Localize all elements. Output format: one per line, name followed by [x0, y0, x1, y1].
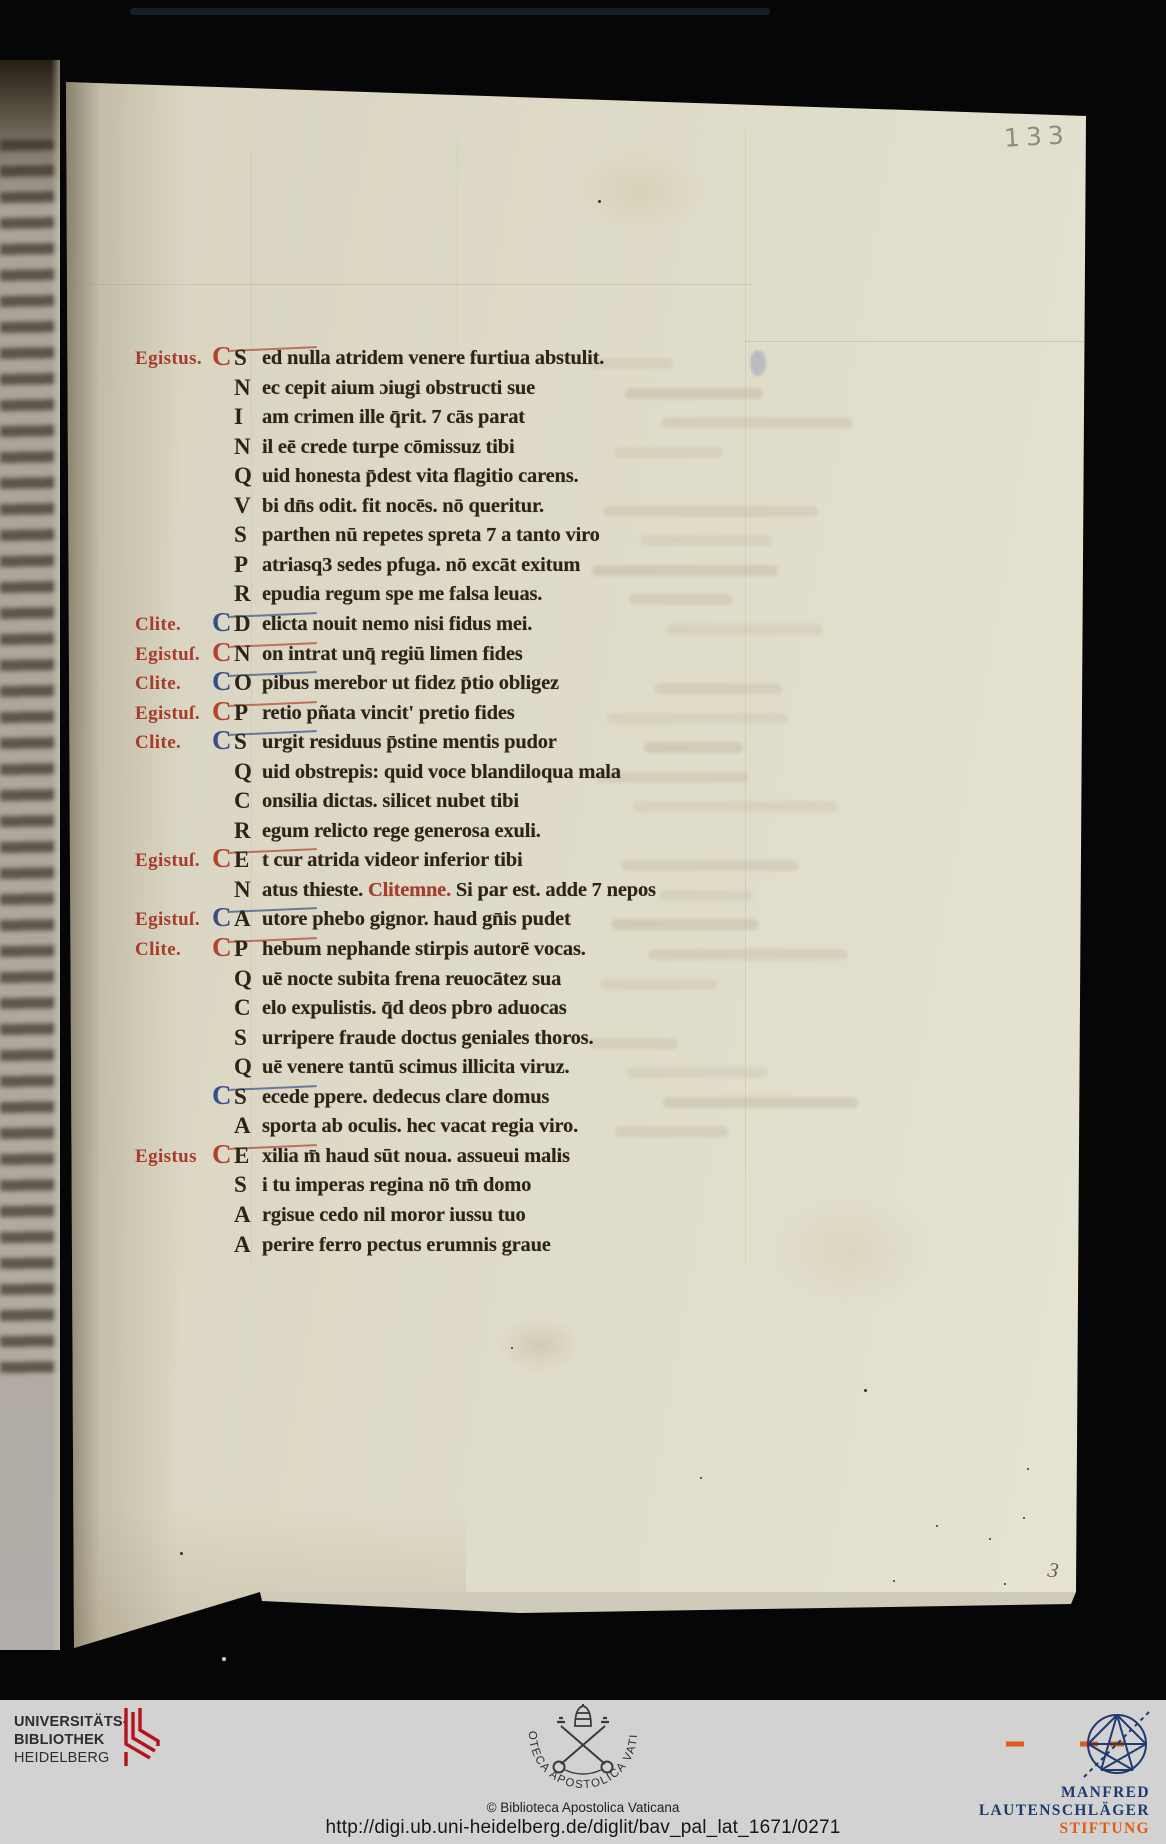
verse-text: t cur atrida videor inferior tibi: [262, 849, 522, 872]
verse-line: N ec cepit aium ɔiugi obstructi sue: [135, 374, 875, 404]
verse-text: i tu imperas regina nō tm̄ domo: [262, 1174, 531, 1197]
verse-initial: N: [234, 375, 251, 401]
speaker-label: Egistus: [135, 1146, 197, 1168]
verse-line: N il eē crede turpe cōmissuz tibi: [135, 433, 875, 463]
verse-initial: R: [234, 581, 251, 607]
verse-text: egum relicto rege generosa exuli.: [262, 820, 541, 843]
verse-line: Clite. C S urgit residuus p̄stine mentis…: [135, 728, 875, 758]
verse-line: S i tu imperas regina nō tm̄ domo: [135, 1171, 875, 1201]
verse-line: Clite. C O pibus merebor ut fidez p̄tio …: [135, 669, 875, 699]
speaker-label: Egistuſ.: [135, 703, 200, 725]
verse-line: A sporta ab oculis. hec vacat regia viro…: [135, 1112, 875, 1142]
verse-line: Egistuſ. C A utore phebo gignor. haud gn…: [135, 905, 875, 935]
ml-line2: LAUTENSCHLÄGER: [979, 1802, 1150, 1820]
verse-line: Clite. C P hebum nephande stirpis autorē…: [135, 935, 875, 965]
ink-speck: [511, 1347, 513, 1349]
verse-text: uid honesta p̄dest vita flagitio carens.: [262, 465, 578, 488]
verse-text: atus thieste. Clitemne. Si par est. adde…: [262, 879, 656, 902]
verse-line: A rgisue cedo nil moror iussu tuo: [135, 1201, 875, 1231]
verse-line: C onsilia dictas. silicet nubet tibi: [135, 787, 875, 817]
verse-text: il eē crede turpe cōmissuz tibi: [262, 436, 514, 459]
ml-line3: STIFTUNG: [979, 1820, 1150, 1838]
paraph-mark: C: [212, 843, 232, 874]
verse-initial: N: [234, 641, 251, 667]
verse-initial: A: [234, 1232, 251, 1258]
paraph-mark: C: [212, 607, 232, 638]
verse-initial: E: [234, 847, 249, 873]
verse-line: V bi dn̄s odit. fit nocēs. nō queritur.: [135, 492, 875, 522]
verse-text: uē venere tantū scimus illicita viruz.: [262, 1056, 569, 1079]
verse-text: uid obstrepis: quid voce blandiloqua mal…: [262, 761, 621, 784]
paraph-mark: C: [212, 725, 232, 756]
verse-text: on intrat unq̄ regiū limen fides: [262, 643, 523, 666]
ml-line1: MANFRED: [979, 1784, 1150, 1802]
verse-line: Clite. C D elicta nouit nemo nisi fidus …: [135, 610, 875, 640]
verse-initial: S: [234, 345, 247, 371]
verse-text: sporta ab oculis. hec vacat regia viro.: [262, 1115, 578, 1138]
verse-line: P atriasq3 sedes pfuga. nō excāt exitum: [135, 551, 875, 581]
verse-initial: S: [234, 522, 247, 548]
verse-line: Q uid honesta p̄dest vita flagitio caren…: [135, 462, 875, 492]
verse-initial: D: [234, 611, 251, 637]
verse-initial: S: [234, 1025, 247, 1051]
verse-initial: V: [234, 493, 251, 519]
verse-text: uē nocte subita frena reuocātez sua: [262, 968, 561, 991]
verse-text: urripere fraude doctus geniales thoros.: [262, 1027, 593, 1050]
verse-text: retio pñata vincit' pretio fides: [262, 702, 515, 725]
verse-initial: Q: [234, 463, 252, 489]
verse-text: urgit residuus p̄stine mentis pudor: [262, 731, 557, 754]
paraph-mark: C: [212, 1080, 232, 1111]
verse-text: pibus merebor ut fidez p̄tio obligez: [262, 672, 559, 695]
verse-initial: C: [234, 995, 251, 1021]
verse-text: parthen nū repetes spreta 7 a tanto viro: [262, 524, 600, 547]
paraph-mark: C: [212, 666, 232, 697]
verse-initial: A: [234, 1202, 251, 1228]
verse-line: R egum relicto rege generosa exuli.: [135, 817, 875, 847]
vatican-seal-icon: BIBLIOTECA APOSTOLICA VATICANA: [513, 1704, 653, 1800]
verse-text: ecede ppere. dedecus clare domus: [262, 1086, 549, 1109]
ink-speck: [1004, 1583, 1006, 1585]
verse-line: Egistuſ. C E t cur atrida videor inferio…: [135, 846, 875, 876]
verse-line: Q uid obstrepis: quid voce blandiloqua m…: [135, 758, 875, 788]
verse-initial: N: [234, 434, 251, 460]
facing-page-strip: [0, 60, 60, 1650]
verse-text: rgisue cedo nil moror iussu tuo: [262, 1204, 526, 1227]
verse-line: S urripere fraude doctus geniales thoros…: [135, 1024, 875, 1054]
verse-initial: Q: [234, 1054, 252, 1080]
verse-line: C elo expulistis. q̄d deos pbro aduocas: [135, 994, 875, 1024]
verse-initial: P: [234, 700, 248, 726]
verse-text: am crimen ille q̄rit. 7 cās parat: [262, 406, 525, 429]
verse-line: Egistuſ. C P retio pñata vincit' pretio …: [135, 699, 875, 729]
ink-speck: [700, 1477, 702, 1479]
verse-text: epudia regum spe me falsa leuas.: [262, 583, 542, 606]
paraph-mark: C: [212, 932, 232, 963]
ruling-line-horizontal-right: [745, 341, 1084, 342]
verse-line: N atus thieste. Clitemne. Si par est. ad…: [135, 876, 875, 906]
ink-speck: [893, 1580, 895, 1582]
verse-text: utore phebo gignor. haud gn̄is pudet: [262, 908, 571, 931]
verse-initial: Q: [234, 966, 252, 992]
paraph-mark: C: [212, 696, 232, 727]
ink-speck: [989, 1538, 991, 1540]
paraph-mark: C: [212, 637, 232, 668]
speaker-label: Clite.: [135, 673, 181, 695]
verse-initial: P: [234, 936, 248, 962]
verse-text: atriasq3 sedes pfuga. nō excāt exitum: [262, 554, 580, 577]
verse-text: hebum nephande stirpis autorē vocas.: [262, 938, 586, 961]
verse-text: elicta nouit nemo nisi fidus mei.: [262, 613, 532, 636]
speaker-label: Clite.: [135, 939, 181, 961]
verse-line: C S ecede ppere. dedecus clare domus: [135, 1083, 875, 1113]
ub-book-icon: [100, 1704, 164, 1774]
verse-line: I am crimen ille q̄rit. 7 cās parat: [135, 403, 875, 433]
verse-initial: I: [234, 404, 243, 430]
verse-text: perire ferro pectus erumnis graue: [262, 1234, 551, 1257]
ruling-line-horizontal-top: [66, 284, 752, 285]
speaker-label: Clite.: [135, 732, 181, 754]
verse-line: Egistus. C S ed nulla atridem venere fur…: [135, 344, 875, 374]
verse-line: Q uē nocte subita frena reuocātez sua: [135, 965, 875, 995]
speaker-label: Egistuſ.: [135, 644, 200, 666]
scan-viewport: 133 3 Egistus. C S ed nulla atridem vene…: [0, 0, 1166, 1844]
ink-speck: [1023, 1517, 1025, 1519]
verse-line: Egistuſ. C N on intrat unq̄ regiū limen …: [135, 640, 875, 670]
verse-initial: C: [234, 788, 251, 814]
verse-initial: S: [234, 1084, 247, 1110]
verse-line: R epudia regum spe me falsa leuas.: [135, 580, 875, 610]
verse-line: S parthen nū repetes spreta 7 a tanto vi…: [135, 521, 875, 551]
ruling-line-vertical-mid: [457, 140, 458, 348]
paraph-mark: C: [212, 341, 232, 372]
verse-initial: Q: [234, 759, 252, 785]
verse-initial: R: [234, 818, 251, 844]
speaker-label: Egistus.: [135, 348, 202, 370]
speaker-label: Clite.: [135, 614, 181, 636]
inline-speaker-rubric: Clitemne.: [368, 879, 451, 901]
verse-initial: O: [234, 670, 252, 696]
verse-line: A perire ferro pectus erumnis graue: [135, 1231, 875, 1261]
verse-line: Egistus C E xilia m̄ haud sūt noua. assu…: [135, 1142, 875, 1172]
ml-stiftung-logo-text: MANFRED LAUTENSCHLÄGER STIFTUNG: [979, 1784, 1150, 1838]
ink-speck: [180, 1552, 183, 1555]
verse-text: onsilia dictas. silicet nubet tibi: [262, 790, 519, 813]
footer-bar: UNIVERSITÄTS- BIBLIOTHEK HEIDELBERG: [0, 1700, 1166, 1844]
ink-speck: [1027, 1468, 1029, 1470]
ml-globe-icon: [988, 1708, 1154, 1780]
book-top-edge: [130, 8, 770, 15]
verse-text: ec cepit aium ɔiugi obstructi sue: [262, 377, 535, 400]
verse-text: bi dn̄s odit. fit nocēs. nō queritur.: [262, 495, 544, 518]
copyright-line: © Biblioteca Apostolica Vaticana: [383, 1800, 783, 1815]
dust-speck: [222, 1657, 226, 1661]
paraph-mark: C: [212, 1139, 232, 1170]
verse-initial: A: [234, 1113, 251, 1139]
speaker-label: Egistuſ.: [135, 850, 200, 872]
verse-initial: E: [234, 1143, 249, 1169]
ink-speck: [936, 1525, 938, 1527]
verse-text: xilia m̄ haud sūt noua. assueui malis: [262, 1145, 570, 1168]
verse-initial: S: [234, 1172, 247, 1198]
ink-speck: [598, 200, 601, 203]
speaker-label: Egistuſ.: [135, 909, 200, 931]
folio-number-pencil: 133: [1003, 120, 1070, 152]
paraph-mark: C: [212, 902, 232, 933]
verse-initial: N: [234, 877, 251, 903]
verse-initial: P: [234, 552, 248, 578]
verse-text: ed nulla atridem venere furtiua abstulit…: [262, 347, 604, 370]
verse-text: elo expulistis. q̄d deos pbro aduocas: [262, 997, 567, 1020]
facing-page-blurred-text: [0, 140, 55, 1380]
verse-initial: S: [234, 729, 247, 755]
verse-line: Q uē venere tantū scimus illicita viruz.: [135, 1053, 875, 1083]
ink-speck: [864, 1389, 867, 1392]
verse-initial: A: [234, 906, 251, 932]
